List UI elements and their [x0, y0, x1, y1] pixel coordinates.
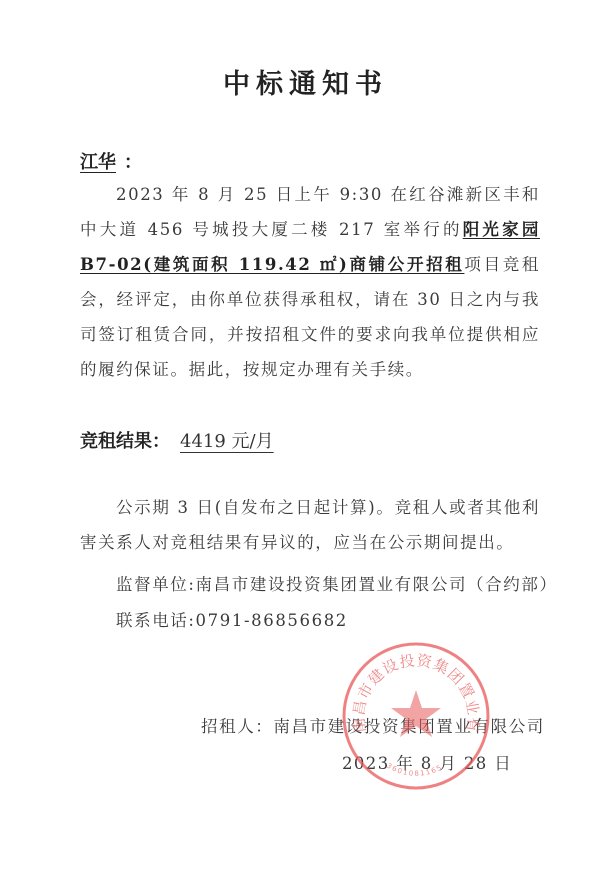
signer-line: 招租人：南昌市建设投资集团置业有限公司 [201, 713, 545, 737]
phone-line: 联系电话:0791-86856682 [116, 607, 348, 631]
addressee: 江华： [80, 148, 142, 174]
issue-date: 2023 年 8 月 28 日 [342, 750, 512, 774]
publicity-paragraph: 公示期 3 日(自发布之日起计算)。竞租人或者其他利害关系人对竞租结果有异议的，… [80, 490, 540, 560]
addressee-colon: ： [124, 152, 142, 173]
document-title: 中标通知书 [0, 62, 611, 101]
supervisor-line: 监督单位:南昌市建设投资集团置业有限公司（合约部） [116, 571, 558, 595]
award-paragraph: 2023 年 8 月 25 日上午 9:30 在红谷滩新区丰和中大道 456 号… [80, 177, 540, 387]
bid-result: 竞租结果：4419 元/月 [80, 427, 284, 453]
bid-result-value: 4419 元/月 [170, 431, 284, 452]
bid-result-label: 竞租结果： [80, 431, 170, 452]
addressee-name: 江华 [80, 152, 124, 173]
